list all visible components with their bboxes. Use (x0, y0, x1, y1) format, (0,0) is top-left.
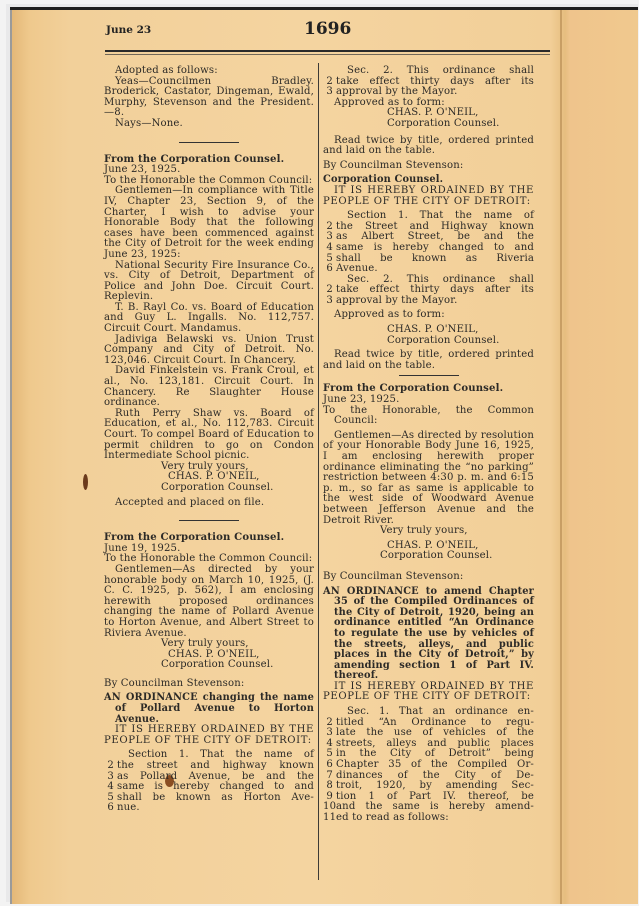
enacting-clause: IT IS HEREBY ORDAINED BY THE PEOPLE OF T… (323, 186, 534, 207)
communication-body: Gentlemen—As directed by your honorable … (104, 565, 314, 639)
communication-body: Gentlemen—In compliance with Title IV, C… (104, 186, 314, 260)
ordinance-sponsor: By Councilman Stevenson: (323, 572, 534, 583)
section-line: Sec. 2. This ordinance shall (323, 66, 534, 77)
case-item: Ruth Perry Shaw vs. Board of Education, … (104, 409, 314, 462)
header-rule-thin (105, 54, 550, 55)
signer-title: Corporation Counsel. (323, 551, 534, 562)
section-line: 3approval by the Mayor. (323, 296, 534, 307)
header-date: June 23 (106, 24, 151, 36)
case-item: National Security Fire Insurance Co., vs… (104, 261, 314, 303)
paper-stain (83, 474, 88, 490)
vote-yeas: Yeas—Councilmen Bradley. Broderick, Cast… (104, 77, 314, 119)
council-action: Read twice by title, ordered printed and… (323, 136, 534, 157)
section-line: 6nue. (104, 803, 314, 814)
vote-nays: Nays—None. (104, 119, 314, 130)
salutation: To the Honorable, the Common Council: (323, 406, 534, 427)
ordinance-title: AN ORDINANCE changing the name of Pollar… (104, 693, 314, 725)
ordinance-sponsor: By Councilman Stevenson: (323, 161, 534, 172)
case-item: T. B. Rayl Co. vs. Board of Education an… (104, 303, 314, 335)
page-header: June 23 1696 (96, 24, 546, 44)
council-action: Read twice by title, ordered printed and… (323, 350, 534, 371)
page-number: 1696 (304, 19, 351, 39)
ordinance-sponsor: By Councilman Stevenson: (104, 679, 314, 690)
signer-title: Corporation Counsel. (323, 336, 534, 347)
right-column: Sec. 2. This ordinance shall 2take effec… (323, 62, 534, 824)
left-column: Adopted as follows: Yeas—Councilmen Brad… (104, 62, 314, 814)
case-item: David Finkelstein vs. Frank Croul, et al… (104, 366, 314, 408)
signer-title: Corporation Counsel. (104, 660, 314, 671)
signer-title: Corporation Counsel. (323, 119, 534, 130)
section-line: 4same is hereby changed to and (323, 243, 534, 254)
page-fold-line (560, 10, 562, 904)
signer-title: Corporation Counsel. (104, 483, 314, 494)
enacting-clause: IT IS HEREBY ORDAINED BY THE PEOPLE OF T… (323, 682, 534, 703)
section-line: 11ed to read as follows: (323, 813, 534, 824)
case-item: Jadiviga Belawski vs. Union Trust Compan… (104, 335, 314, 367)
enacting-clause: IT IS HEREBY ORDAINED BY THE PEOPLE OF T… (104, 725, 314, 746)
approved-label: Approved as to form: (323, 310, 534, 321)
ordinance-title: AN ORDINANCE to amend Chapter 35 of the … (323, 587, 534, 682)
closing: Very truly yours, (323, 526, 534, 537)
communication-body: Gentlemen—As directed by resolution of y… (323, 431, 534, 526)
vote-adopted: Adopted as follows: (104, 66, 314, 77)
header-rule (105, 50, 550, 52)
council-action: Accepted and placed on file. (104, 498, 314, 509)
column-divider (318, 63, 319, 880)
